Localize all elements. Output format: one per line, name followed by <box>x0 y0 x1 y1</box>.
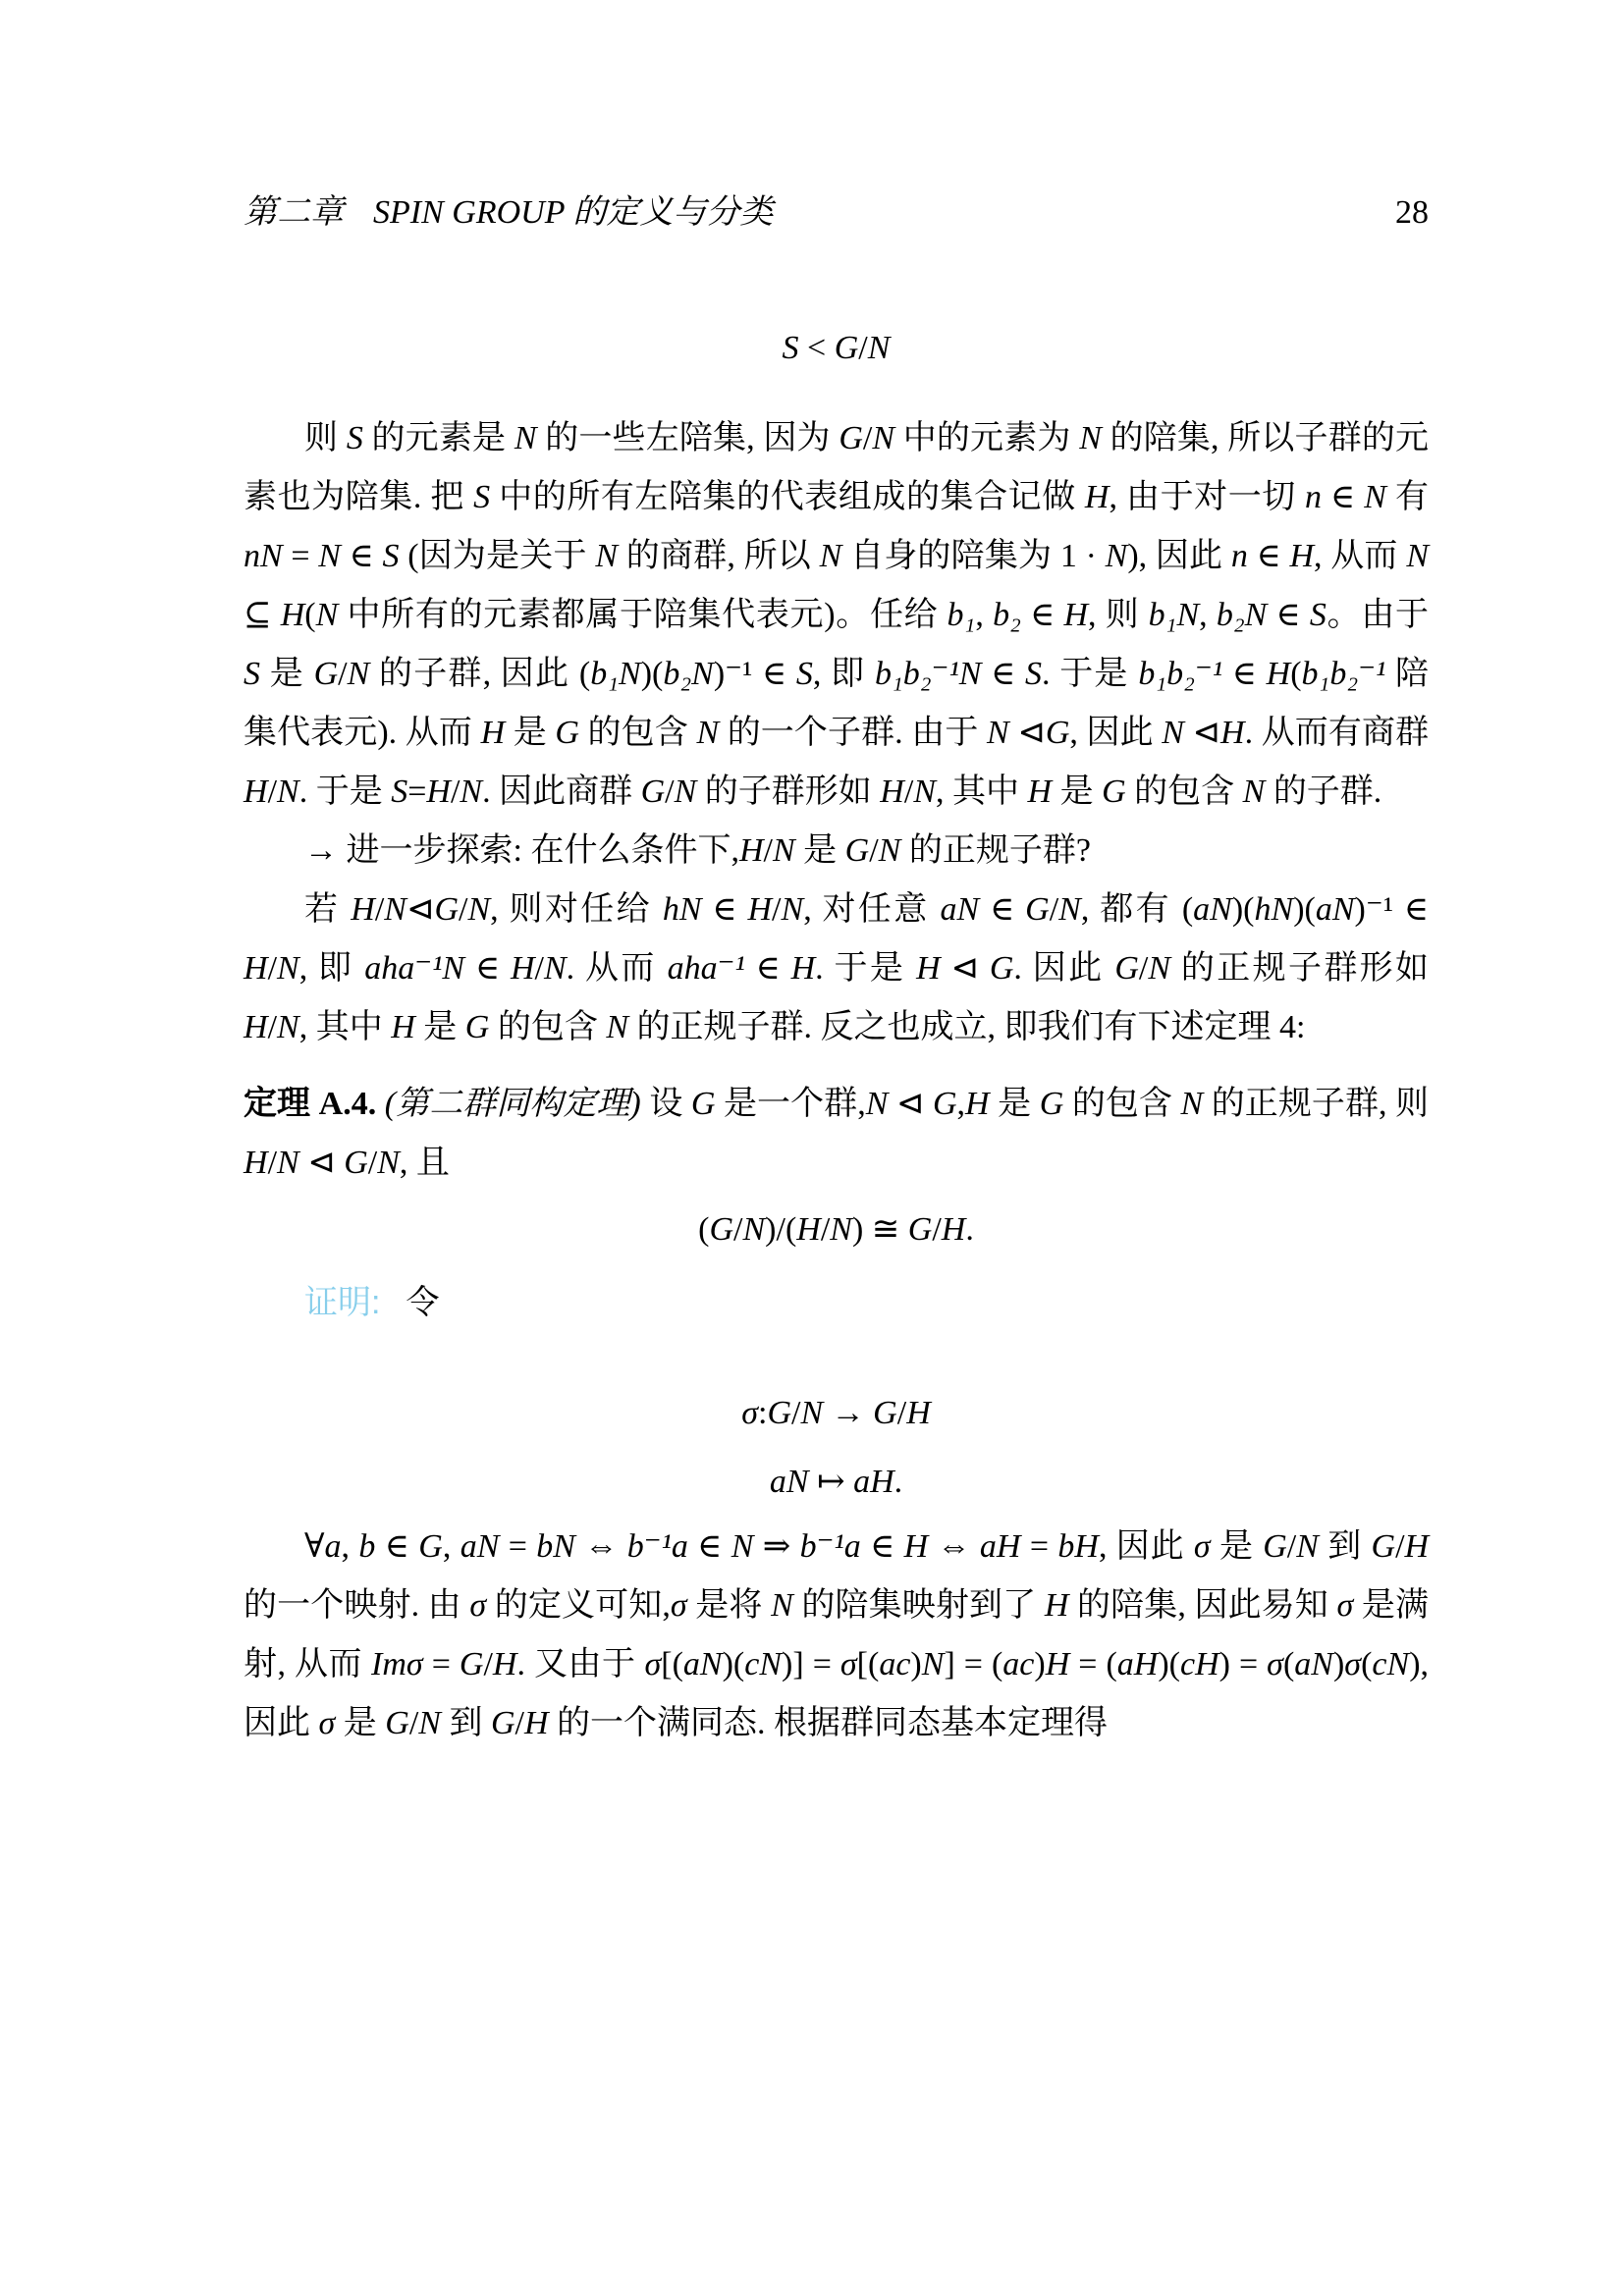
theorem-name: (第二群同构定理) <box>385 1086 641 1122</box>
page-header: 第二章SPIN GROUP 的定义与分类 28 <box>244 193 1429 233</box>
proof-opening: 证明:令 <box>244 1273 1429 1333</box>
page-number: 28 <box>1395 193 1429 233</box>
chapter-number: 第二章 <box>244 194 344 231</box>
proof-label: 证明: <box>304 1284 380 1321</box>
document-page: 第二章SPIN GROUP 的定义与分类 28 S < G/N 则 S 的元素是… <box>0 0 1624 2296</box>
proof-lead: 令 <box>406 1285 439 1321</box>
formula-sigma-map: σ:G/N → G/H <box>244 1384 1429 1443</box>
paragraph-explore: → 进一步探索: 在什么条件下,H/N 是 G/N 的正规子群? <box>244 822 1429 881</box>
chapter-title: SPIN GROUP 的定义与分类 <box>373 194 773 231</box>
formula-sigma-assignment: aN ↦ aH. <box>244 1453 1429 1512</box>
formula-subgroup: S < G/N <box>244 319 1429 378</box>
formula-isomorphism: (G/N)/(H/N) ≅ G/H. <box>244 1201 1429 1259</box>
paragraph-cosets: 则 S 的元素是 N 的一些左陪集, 因为 G/N 中的元素为 N 的陪集, 所… <box>244 409 1429 822</box>
chapter-heading: 第二章SPIN GROUP 的定义与分类 <box>244 193 773 233</box>
paragraph-homomorphism: ∀a, b ∈ G, aN = bN ⇔ b⁻¹a ∈ N ⇒ b⁻¹a ∈ H… <box>244 1518 1429 1753</box>
paragraph-normal-subgroup: 若 H/N⊲G/N, 则对任给 hN ∈ H/N, 对任意 aN ∈ G/N, … <box>244 881 1429 1057</box>
theorem-a4: 定理 A.4. (第二群同构定理) 设 G 是一个群,N ⊲ G,H 是 G 的… <box>244 1075 1429 1193</box>
theorem-label: 定理 A.4. <box>244 1086 376 1122</box>
